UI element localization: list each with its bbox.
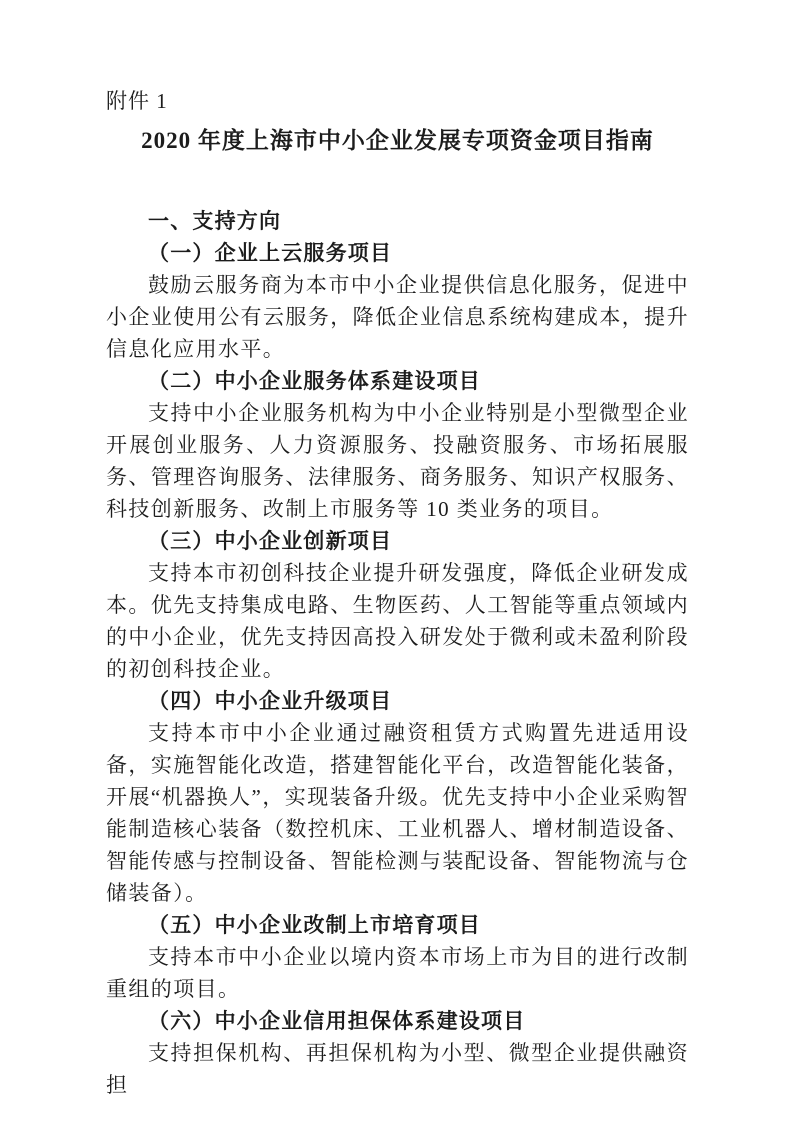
attachment-label: 附件 1 [106, 86, 689, 116]
paragraph: 支持本市初创科技企业提升研发强度，降低企业研发成本。优先支持集成电路、生物医药、… [106, 557, 689, 685]
document-body: 一、支持方向（一）企业上云服务项目鼓励云服务商为本市中小企业提供信息化服务，促进… [106, 205, 689, 1101]
section-heading: （三）中小企业创新项目 [106, 525, 689, 557]
page-content: 附件 1 2020 年度上海市中小企业发展专项资金项目指南 一、支持方向（一）企… [106, 86, 689, 1101]
paragraph: 支持本市中小企业通过融资租赁方式购置先进适用设备，实施智能化改造，搭建智能化平台… [106, 717, 689, 909]
section-heading: （一）企业上云服务项目 [106, 237, 689, 269]
section-heading: （五）中小企业改制上市培育项目 [106, 909, 689, 941]
paragraph: 鼓励云服务商为本市中小企业提供信息化服务，促进中小企业使用公有云服务，降低企业信… [106, 269, 689, 365]
paragraph: 支持担保机构、再担保机构为小型、微型企业提供融资担 [106, 1037, 689, 1101]
section-heading: 一、支持方向 [106, 205, 689, 237]
paragraph: 支持本市中小企业以境内资本市场上市为目的进行改制重组的项目。 [106, 941, 689, 1005]
section-heading: （六）中小企业信用担保体系建设项目 [106, 1005, 689, 1037]
section-heading: （二）中小企业服务体系建设项目 [106, 365, 689, 397]
document-page: 附件 1 2020 年度上海市中小企业发展专项资金项目指南 一、支持方向（一）企… [0, 0, 793, 1122]
section-heading: （四）中小企业升级项目 [106, 685, 689, 717]
paragraph: 支持中小企业服务机构为中小企业特别是小型微型企业开展创业服务、人力资源服务、投融… [106, 397, 689, 525]
document-title: 2020 年度上海市中小企业发展专项资金项目指南 [106, 124, 689, 158]
